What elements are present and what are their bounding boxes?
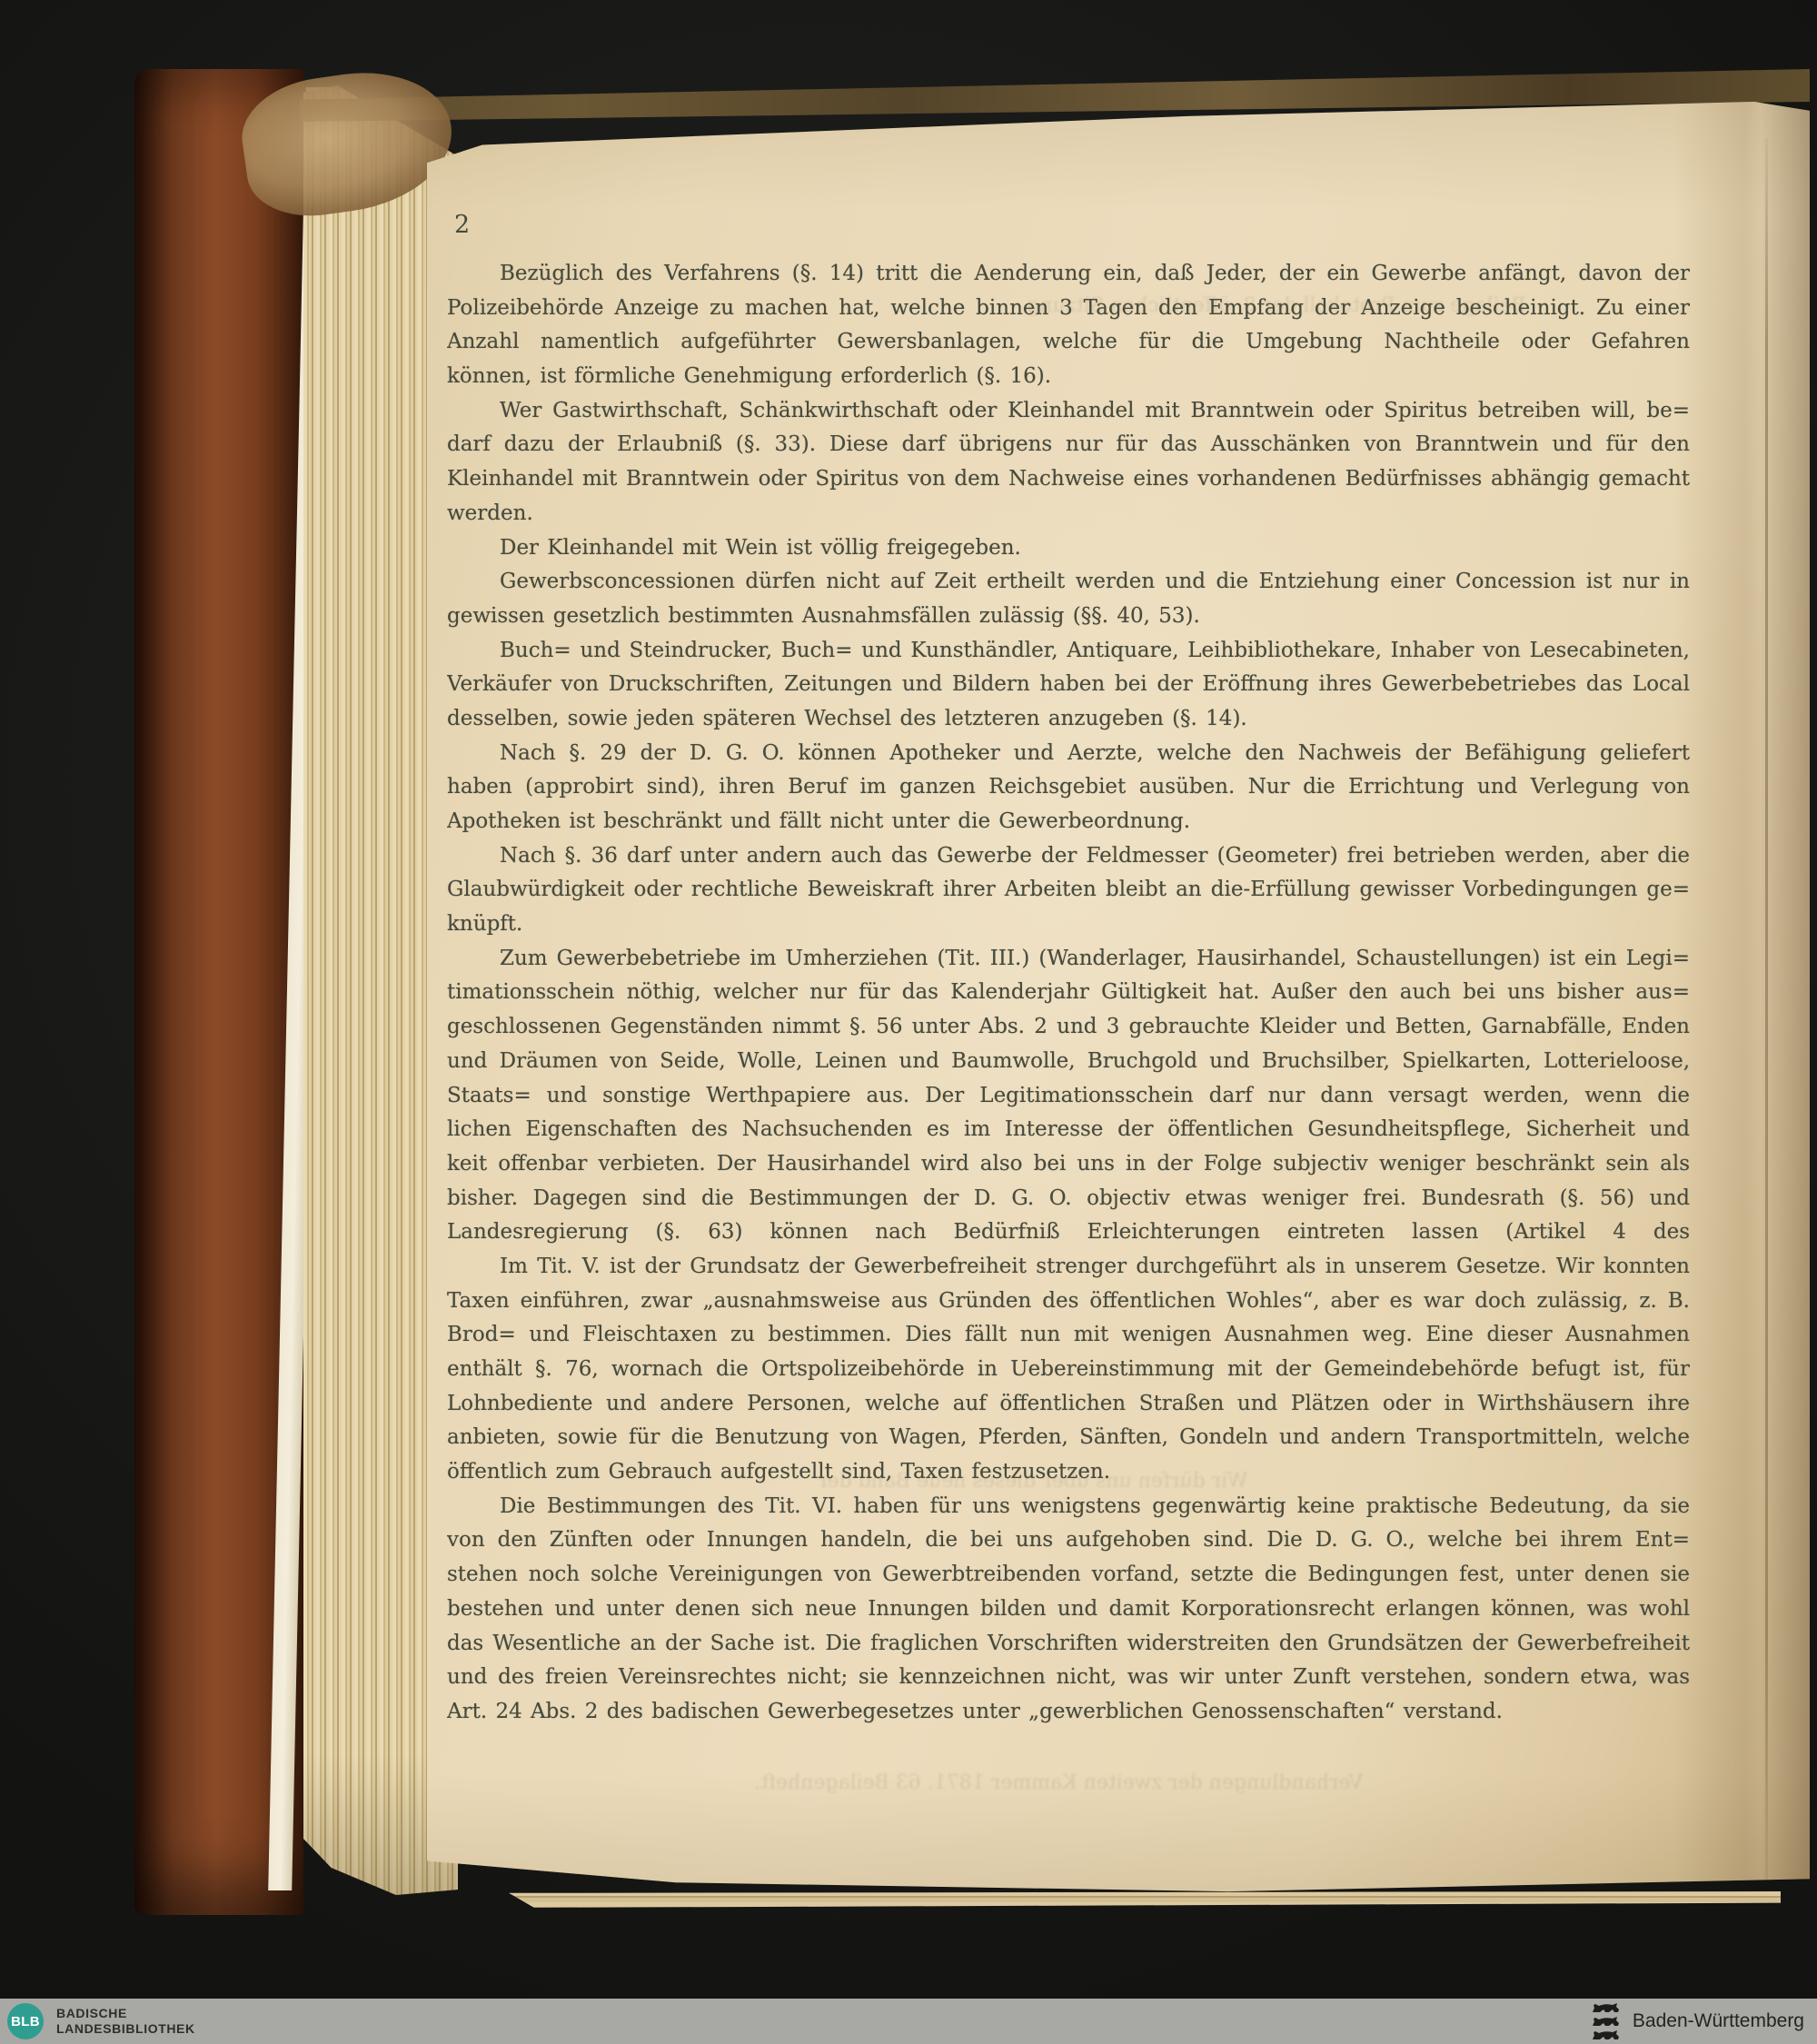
- bleed-through-text: Verhandlungen der zweiten Kammer 1871. 6…: [754, 1771, 1363, 1794]
- text-line: Wer Gastwirthschaft, Schänkwirthschaft o…: [447, 394, 1690, 429]
- text-line: Im Tit. V. ist der Grundsatz der Gewerbe…: [447, 1250, 1690, 1285]
- text-line: Die Bestimmungen des Tit. VI. haben für …: [447, 1490, 1690, 1524]
- text-line: Landesregierung (§. 63) können nach Bedü…: [447, 1215, 1690, 1250]
- bleed-through-text: Wir dürfen uns über dieses neue Band der: [818, 1470, 1248, 1493]
- text-line: geschlossenen Gegenständen nimmt §. 56 u…: [447, 1010, 1690, 1045]
- page-fold-line: [1765, 138, 1768, 1881]
- text-line: Buch= und Steindrucker, Buch= und Kunsth…: [447, 634, 1690, 669]
- text-line: Der Kleinhandel mit Wein ist völlig frei…: [447, 531, 1690, 566]
- text-line: Glaubwürdigkeit oder rechtliche Beweiskr…: [447, 873, 1690, 908]
- text-line: Verkäufer von Druckschriften, Zeitungen …: [447, 668, 1690, 702]
- text-line: bisher. Dagegen sind die Bestimmungen de…: [447, 1182, 1690, 1216]
- book-page: 2 Bezüglich des Verfahrens (§. 14) tritt…: [427, 102, 1810, 1899]
- coat-of-arms-icon: [1591, 2001, 1622, 2041]
- library-name-line2: LANDESBIBLIOTHEK: [56, 2021, 195, 2037]
- text-line: bestehen und unter denen sich neue Innun…: [447, 1593, 1690, 1627]
- library-name-line1: BADISCHE: [56, 2006, 195, 2021]
- text-line: haben (approbirt sind), ihren Beruf im g…: [447, 770, 1690, 805]
- text-line: Nach §. 36 darf unter andern auch das Ge…: [447, 839, 1690, 874]
- text-line: Art. 24 Abs. 2 des badischen Gewerbegese…: [447, 1695, 1690, 1730]
- text-line: lichen Eigenschaften des Nachsuchenden e…: [447, 1113, 1690, 1147]
- text-line: timationsschein nöthig, welcher nur für …: [447, 976, 1690, 1010]
- text-line: Staats= und sonstige Werthpapiere aus. D…: [447, 1079, 1690, 1114]
- state-name: Baden-Württemberg: [1633, 2010, 1804, 2032]
- text-line: Nach §. 29 der D. G. O. können Apotheker…: [447, 737, 1690, 771]
- text-line: können, ist förmliche Genehmigung erford…: [447, 360, 1690, 394]
- text-line: Kleinhandel mit Branntwein oder Spiritus…: [447, 462, 1690, 497]
- page-number: 2: [454, 211, 470, 239]
- text-line: Lohnbediente und andere Personen, welche…: [447, 1387, 1690, 1422]
- text-line: Zum Gewerbebetriebe im Umherziehen (Tit.…: [447, 942, 1690, 977]
- bleed-through-text: Beilage zum Protokoll der 8. öffentliche…: [1027, 294, 1526, 317]
- text-line: Brod= und Fleischtaxen zu bestimmen. Die…: [447, 1318, 1690, 1353]
- text-line: gewissen gesetzlich bestimmten Ausnahmsf…: [447, 600, 1690, 634]
- state-logo: Baden-Württemberg: [1591, 2001, 1804, 2041]
- text-line: knüpft.: [447, 908, 1690, 942]
- text-line: und Dräumen von Seide, Wolle, Leinen und…: [447, 1045, 1690, 1079]
- text-line: enthält §. 76, wornach die Ortspolizeibe…: [447, 1353, 1690, 1387]
- text-line: Taxen einführen, zwar „ausnahmsweise aus…: [447, 1285, 1690, 1319]
- blb-logo-icon: BLB: [7, 2003, 44, 2039]
- blb-logo: BLB BADISCHE LANDESBIBLIOTHEK: [7, 2003, 195, 2039]
- text-line: desselben, sowie jeden späteren Wechsel …: [447, 702, 1690, 737]
- bottom-page-edges: [509, 1891, 1781, 1908]
- footer-bar: BLB BADISCHE LANDESBIBLIOTHEK Baden-Würt…: [0, 1999, 1817, 2044]
- text-line: darf dazu der Erlaubniß (§. 33). Diese d…: [447, 428, 1690, 462]
- text-line: von den Zünften oder Innungen handeln, d…: [447, 1523, 1690, 1558]
- text-line: Gewerbsconcessionen dürfen nicht auf Zei…: [447, 565, 1690, 600]
- text-line: Bezüglich des Verfahrens (§. 14) tritt d…: [447, 257, 1690, 292]
- text-line: und des freien Vereinsrechtes nicht; sie…: [447, 1661, 1690, 1695]
- text-line: werden.: [447, 497, 1690, 531]
- text-line: Anzahl namentlich aufgeführter Gewersban…: [447, 325, 1690, 360]
- text-column: Bezüglich des Verfahrens (§. 14) tritt d…: [447, 257, 1690, 1730]
- text-line: Apotheken ist beschränkt und fällt nicht…: [447, 805, 1690, 839]
- text-line: das Wesentliche an der Sache ist. Die fr…: [447, 1627, 1690, 1662]
- page-gutter-shadow: [1673, 102, 1810, 1899]
- library-name: BADISCHE LANDESBIBLIOTHEK: [56, 2006, 195, 2037]
- text-line: keit offenbar verbieten. Der Hausirhande…: [447, 1147, 1690, 1182]
- text-line: anbieten, sowie für die Benutzung von Wa…: [447, 1421, 1690, 1455]
- text-line: stehen noch solche Vereinigungen von Gew…: [447, 1558, 1690, 1593]
